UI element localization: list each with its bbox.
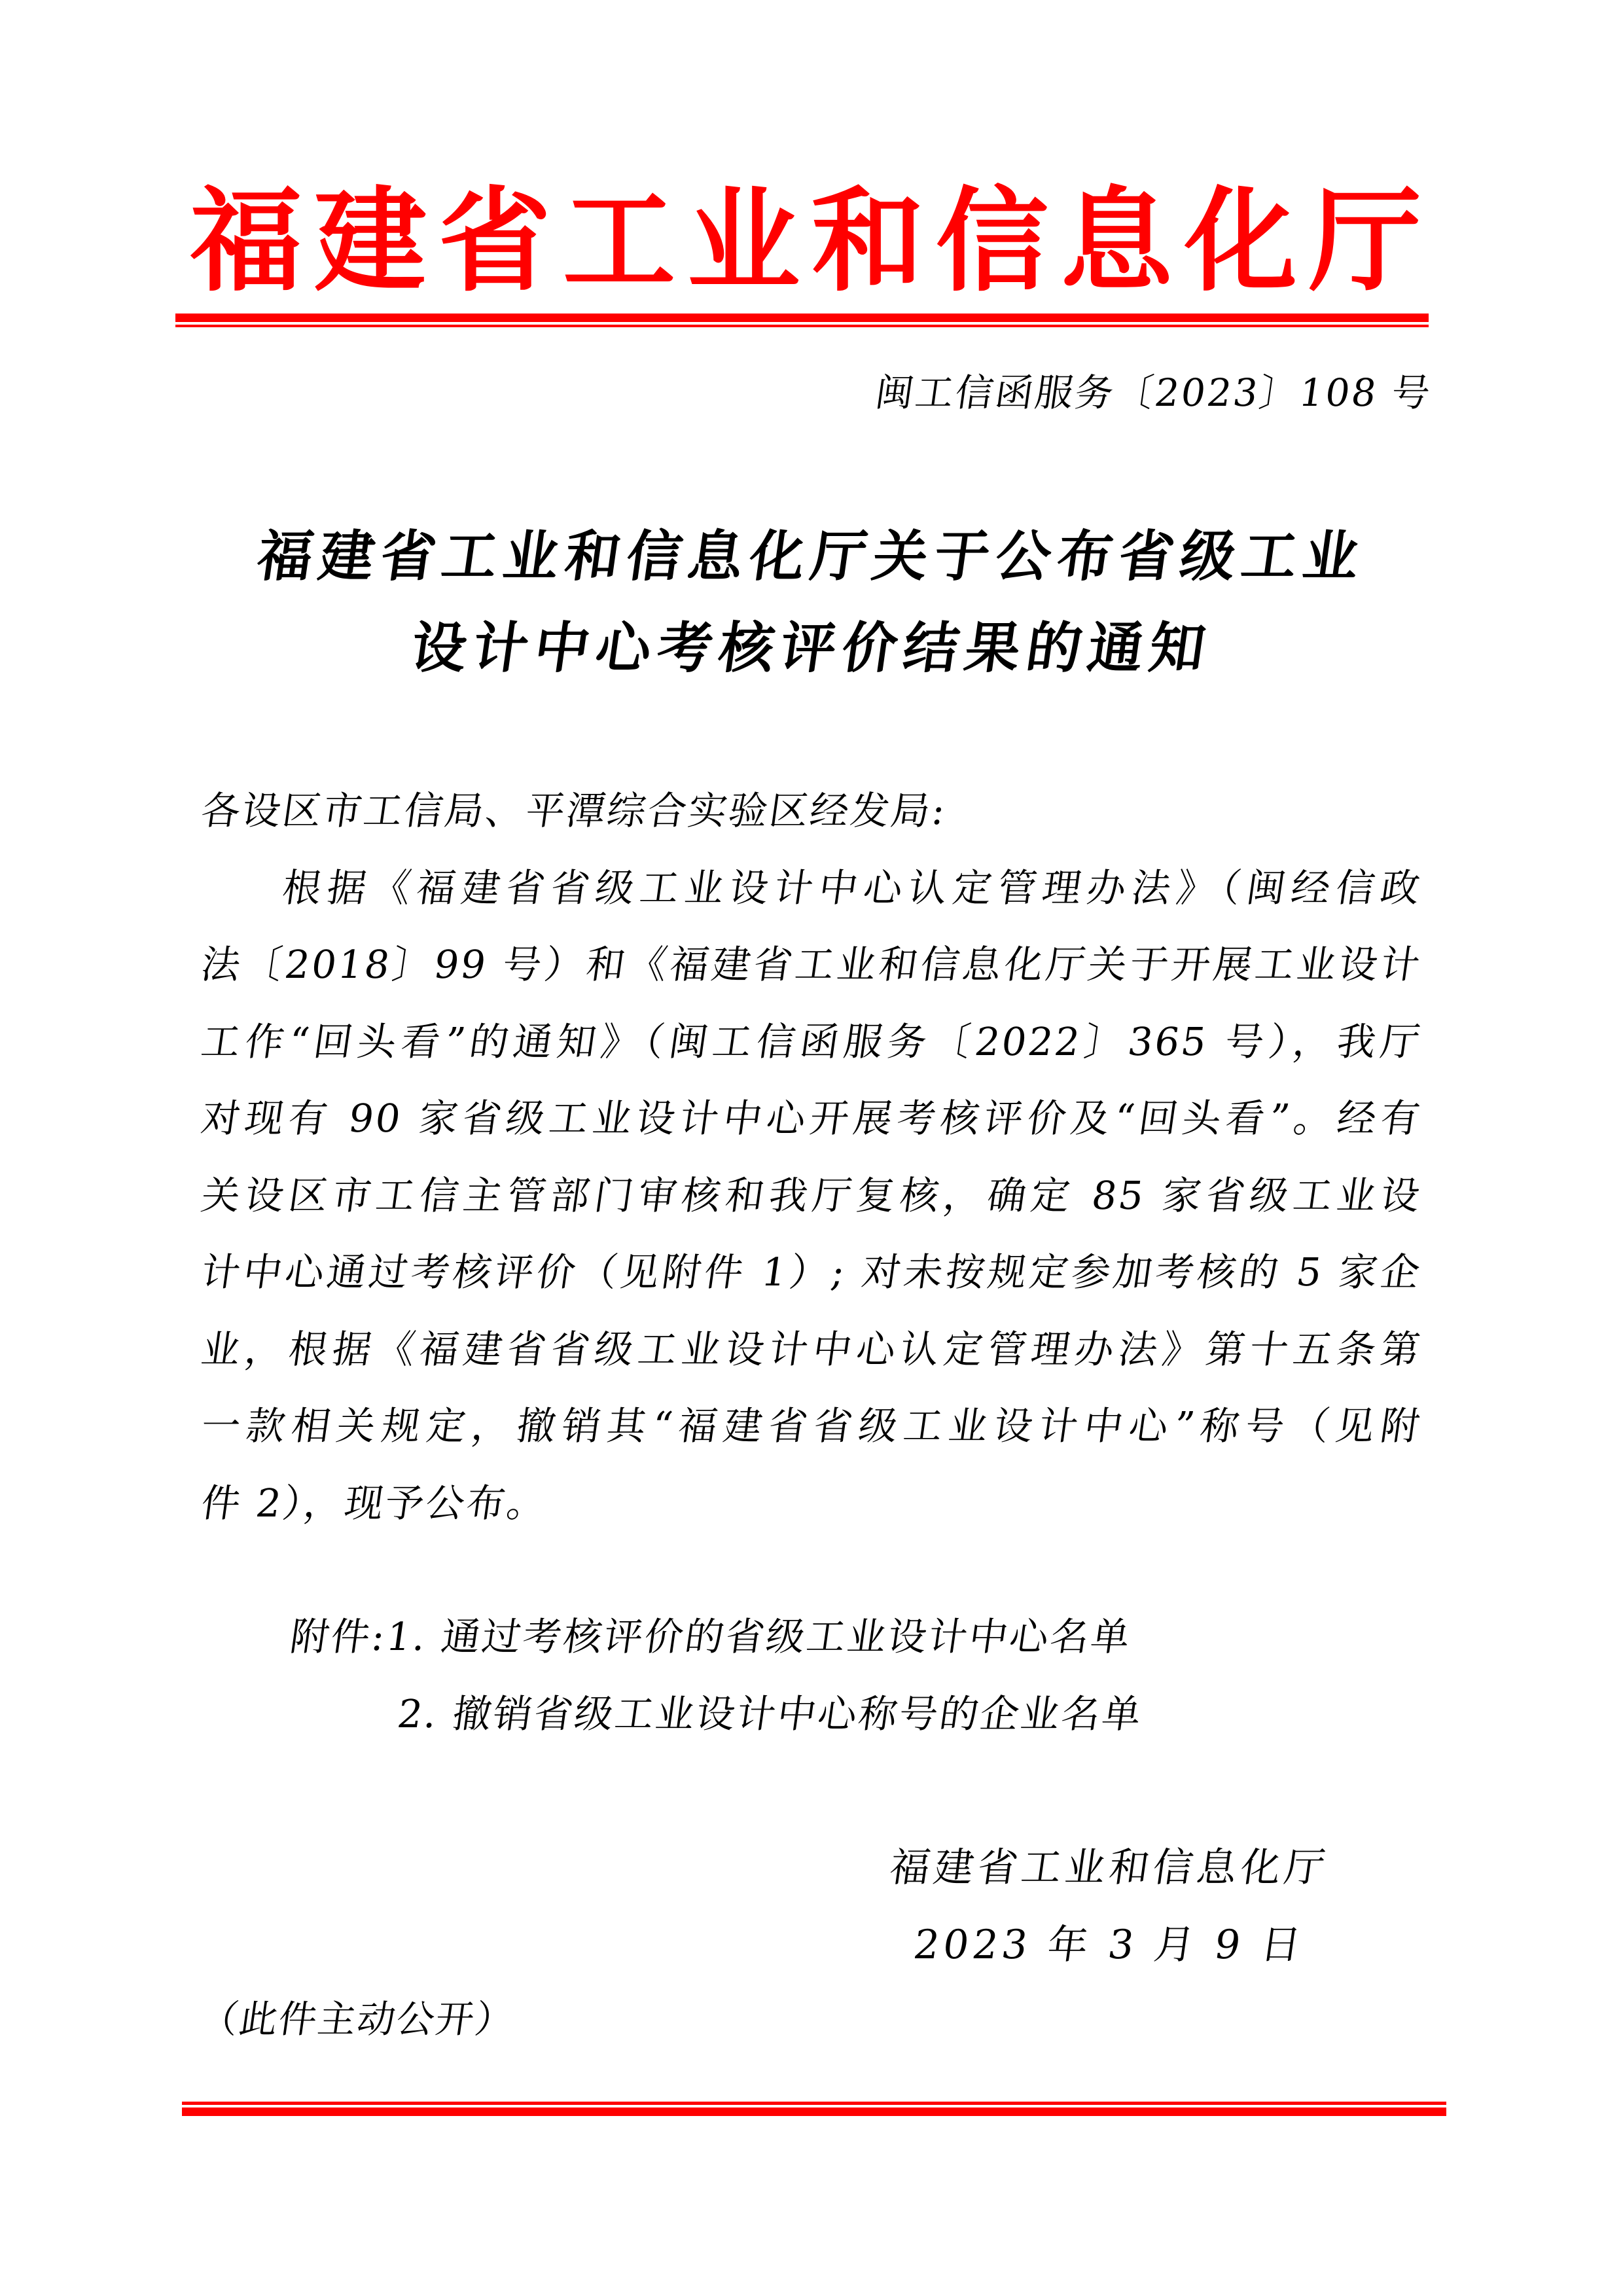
body-text-line: 件 2），现予公布。	[196, 1465, 1427, 1542]
agency-masthead: 福建省工业和信息化厅	[0, 169, 1623, 313]
attachments-list: 附件:1. 通过考核评价的省级工业设计中心名单 2. 撤销省级工业设计中心称号的…	[202, 1598, 1421, 1752]
body-text-line: 工作“回头看”的通知》（闽工信函服务〔2022〕365 号），我厅	[196, 1003, 1427, 1081]
document-number: 闽工信函服务〔2023〕108 号	[872, 367, 1436, 419]
signature-agency: 福建省工业和信息化厅	[688, 1829, 1531, 1907]
attachment-item-2: 2. 撤销省级工业设计中心称号的企业名单	[196, 1676, 1427, 1753]
body-text-line: 业，根据《福建省省级工业设计中心认定管理办法》第十五条第	[196, 1311, 1427, 1388]
document-title-line1: 福建省工业和信息化厅关于公布省级工业	[0, 524, 1623, 589]
attachment-item-1: 附件:1. 通过考核评价的省级工业设计中心名单	[196, 1598, 1427, 1676]
footer-rule-thin	[182, 2102, 1446, 2105]
body-text-line: 根据《福建省省级工业设计中心认定管理办法》（闽经信政	[196, 850, 1427, 927]
body-text-line: 对现有 90 家省级工业设计中心开展考核评价及“回头看”。经有	[196, 1080, 1427, 1157]
disclosure-note: （此件主动公开）	[197, 1996, 518, 2042]
footer-rule-thick	[182, 2108, 1446, 2116]
salutation-line: 各设区市工信局、平潭综合实验区经发局:	[196, 772, 1427, 850]
document-title-line2: 设计中心考核评价结果的通知	[0, 615, 1623, 681]
signature-date: 2023 年 3 月 9 日	[688, 1907, 1531, 1984]
document-body: 各设区市工信局、平潭综合实验区经发局: 根据《福建省省级工业设计中心认定管理办法…	[202, 772, 1421, 1541]
body-text-line: 计中心通过考核评价（见附件 1）; 对未按规定参加考核的 5 家企	[196, 1234, 1427, 1311]
masthead-rule-thin	[175, 325, 1429, 327]
official-document-page: 福建省工业和信息化厅 闽工信函服务〔2023〕108 号 福建省工业和信息化厅关…	[0, 0, 1623, 2296]
body-text-line: 关设区市工信主管部门审核和我厅复核，确定 85 家省级工业设	[196, 1157, 1427, 1234]
signature-block: 福建省工业和信息化厅 2023 年 3 月 9 日	[694, 1829, 1525, 1983]
body-text-line: 法〔2018〕99 号）和《福建省工业和信息化厅关于开展工业设计	[196, 926, 1427, 1003]
body-text-line: 一款相关规定，撤销其“福建省省级工业设计中心”称号（见附	[196, 1388, 1427, 1465]
masthead-rule-thick	[175, 314, 1429, 322]
